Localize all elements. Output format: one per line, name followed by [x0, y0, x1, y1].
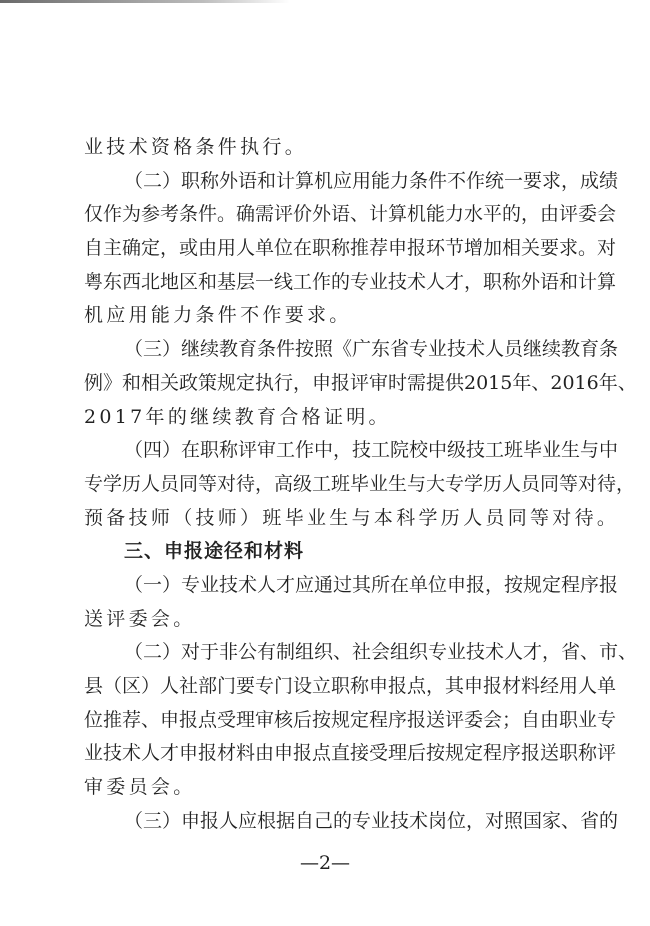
paragraph-3-3: （三）申报人应根据自己的专业技术岗位，对照国家、省的: [84, 805, 576, 839]
text-line: 县（区）人社部门要专门设立职称申报点，其申报材料经用人单: [84, 670, 576, 704]
scan-edge-shadow: [0, 0, 290, 3]
text-line: 例》和相关政策规定执行，申报评审时需提供2015年、2016年、: [84, 367, 576, 401]
text-line: 审委员会。: [84, 771, 576, 805]
page-number: —2—: [0, 852, 650, 874]
paragraph-2-1: （二）职称外语和计算机应用能力条件不作统一要求，成绩: [84, 165, 576, 199]
text-line: 送评委会。: [84, 603, 576, 637]
text-line: 2017年的继续教育合格证明。: [84, 401, 576, 435]
text-line: 自主确定，或由用人单位在职称推荐申报环节增加相关要求。对: [84, 232, 576, 266]
text-line: 仅作为参考条件。确需评价外语、计算机能力水平的，由评委会: [84, 198, 576, 232]
text-line: 业技术资格条件执行。: [84, 131, 576, 165]
paragraph-3-1: （一）专业技术人才应通过其所在单位申报，按规定程序报: [84, 569, 576, 603]
paragraph-2-3: （三）继续教育条件按照《广东省专业技术人员继续教育条: [84, 333, 576, 367]
text-line: 粤东西北地区和基层一线工作的专业技术人才，职称外语和计算: [84, 266, 576, 300]
text-line: 位推荐、申报点受理审核后按规定程序报送评委会；自由职业专: [84, 704, 576, 738]
text-line: 专学历人员同等对待，高级工班毕业生与大专学历人员同等对待，: [84, 468, 576, 502]
section-heading: 三、申报途径和材料: [84, 535, 576, 569]
paragraph-3-2: （二）对于非公有制组织、社会组织专业技术人才，省、市、: [84, 636, 576, 670]
text-line: 业技术人才申报材料由申报点直接受理后按规定程序报送职称评: [84, 737, 576, 771]
document-body: 业技术资格条件执行。 （二）职称外语和计算机应用能力条件不作统一要求，成绩 仅作…: [84, 131, 576, 838]
text-line: 机应用能力条件不作要求。: [84, 299, 576, 333]
paragraph-2-4: （四）在职称评审工作中，技工院校中级技工班毕业生与中: [84, 434, 576, 468]
text-line: 预备技师（技师）班毕业生与本科学历人员同等对待。: [84, 502, 576, 536]
